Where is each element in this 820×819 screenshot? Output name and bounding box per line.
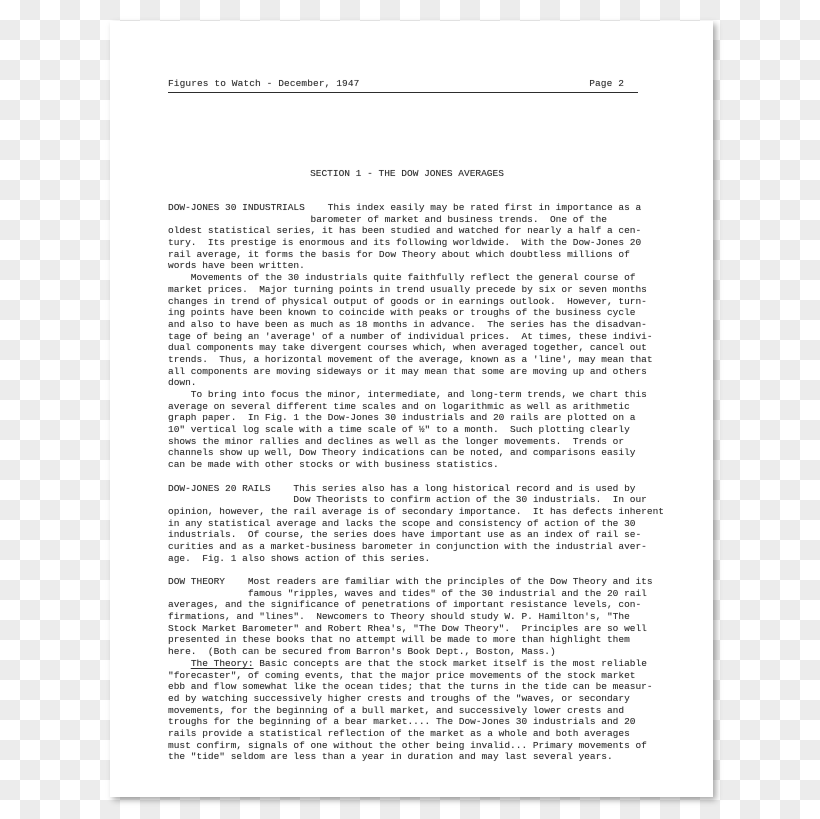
text-line: average on several different time scales… bbox=[168, 401, 680, 413]
text-line: rail average, it forms the basis for Dow… bbox=[168, 249, 680, 261]
text-line: opinion, however, the rail average is of… bbox=[168, 506, 680, 518]
text-line: words have been written. bbox=[168, 260, 680, 272]
text-line: The Theory: Basic concepts are that the … bbox=[168, 658, 680, 670]
text-line: ing points have been known to coincide w… bbox=[168, 307, 680, 319]
text-line: ebb and flow somewhat like the ocean tid… bbox=[168, 681, 680, 693]
section-heading: SECTION 1 - THE DOW JONES AVERAGES bbox=[168, 168, 668, 180]
text-line: rails provide a statistical reflection o… bbox=[168, 728, 680, 740]
text-line: DOW-JONES 30 INDUSTRIALS This index easi… bbox=[168, 202, 680, 214]
text-line: all components are moving sideways or it… bbox=[168, 366, 680, 378]
text-line: and also to have been as much as 18 mont… bbox=[168, 319, 680, 331]
text-line: market prices. Major turning points in t… bbox=[168, 284, 680, 296]
text-line: channels show up well, Dow Theory indica… bbox=[168, 447, 680, 459]
text-line: shows the minor rallies and declines as … bbox=[168, 436, 680, 448]
text-line: age. Fig. 1 also shows action of this se… bbox=[168, 553, 680, 565]
text-line: 10" vertical log scale with a time scale… bbox=[168, 424, 680, 436]
document-body: DOW-JONES 30 INDUSTRIALS This index easi… bbox=[168, 202, 680, 763]
text-line: oldest statistical series, it has been s… bbox=[168, 225, 680, 237]
paragraph: DOW-JONES 30 INDUSTRIALS This index easi… bbox=[168, 202, 680, 272]
text-line: tage of being an 'average' of a number o… bbox=[168, 331, 680, 343]
text-line: down. bbox=[168, 377, 680, 389]
text-line: Movements of the 30 industrials quite fa… bbox=[168, 272, 680, 284]
text-line: averages, and the significance of penetr… bbox=[168, 599, 680, 611]
paragraph: DOW-JONES 20 RAILS This series also has … bbox=[168, 471, 680, 565]
paragraph: Movements of the 30 industrials quite fa… bbox=[168, 272, 680, 389]
paragraph: To bring into focus the minor, intermedi… bbox=[168, 389, 680, 471]
document-title: Figures to Watch - December, 1947 bbox=[168, 78, 359, 90]
text-line: barometer of market and business trends.… bbox=[168, 214, 680, 226]
text-segment bbox=[168, 658, 191, 669]
text-line: famous "ripples, waves and tides" of the… bbox=[168, 588, 680, 600]
text-line: the "tide" seldom are less than a year i… bbox=[168, 751, 680, 763]
text-line: tury. Its prestige is enormous and its f… bbox=[168, 237, 680, 249]
text-line: graph paper. In Fig. 1 the Dow-Jones 30 … bbox=[168, 412, 680, 424]
text-line: trends. Thus, a horizontal movement of t… bbox=[168, 354, 680, 366]
document-header: Figures to Watch - December, 1947 Page 2 bbox=[168, 78, 638, 93]
text-line: presented in these books that no attempt… bbox=[168, 634, 680, 646]
paragraph: DOW THEORY Most readers are familiar wit… bbox=[168, 564, 680, 658]
text-line: "forecaster", of coming events, that the… bbox=[168, 670, 680, 682]
document-page: Figures to Watch - December, 1947 Page 2… bbox=[110, 21, 713, 797]
text-line: curities and as a market-business barome… bbox=[168, 541, 680, 553]
text-line: Stock Market Barometer" and Robert Rhea'… bbox=[168, 623, 680, 635]
text-line: can be made with other stocks or with bu… bbox=[168, 459, 680, 471]
text-line: changes in trend of physical output of g… bbox=[168, 296, 680, 308]
text-line: DOW THEORY Most readers are familiar wit… bbox=[168, 576, 680, 588]
text-line: To bring into focus the minor, intermedi… bbox=[168, 389, 680, 401]
text-line: in any statistical average and lacks the… bbox=[168, 518, 680, 530]
underlined-text: The Theory: bbox=[191, 658, 254, 669]
transparency-checkerboard: { "page": { "header": { "title": "Figure… bbox=[0, 0, 820, 819]
text-line: here. (Both can be secured from Barron's… bbox=[168, 646, 680, 658]
text-line: must confirm, signals of one without the… bbox=[168, 740, 680, 752]
paragraph-gap bbox=[168, 564, 680, 576]
text-line: dual components may take divergent cours… bbox=[168, 342, 680, 354]
text-line: ed by watching successively higher crest… bbox=[168, 693, 680, 705]
page-number: Page 2 bbox=[589, 78, 638, 90]
text-line: industrials. Of course, the series does … bbox=[168, 529, 680, 541]
text-line: DOW-JONES 20 RAILS This series also has … bbox=[168, 483, 680, 495]
paragraph: The Theory: Basic concepts are that the … bbox=[168, 658, 680, 763]
paragraph-gap bbox=[168, 471, 680, 483]
text-line: Dow Theorists to confirm action of the 3… bbox=[168, 494, 680, 506]
text-line: movements, for the beginning of a bull m… bbox=[168, 705, 680, 717]
text-line: troughs for the beginning of a bear mark… bbox=[168, 716, 680, 728]
text-line: firmations, and "lines". Newcomers to Th… bbox=[168, 611, 680, 623]
text-segment: Basic concepts are that the stock market… bbox=[254, 658, 647, 669]
